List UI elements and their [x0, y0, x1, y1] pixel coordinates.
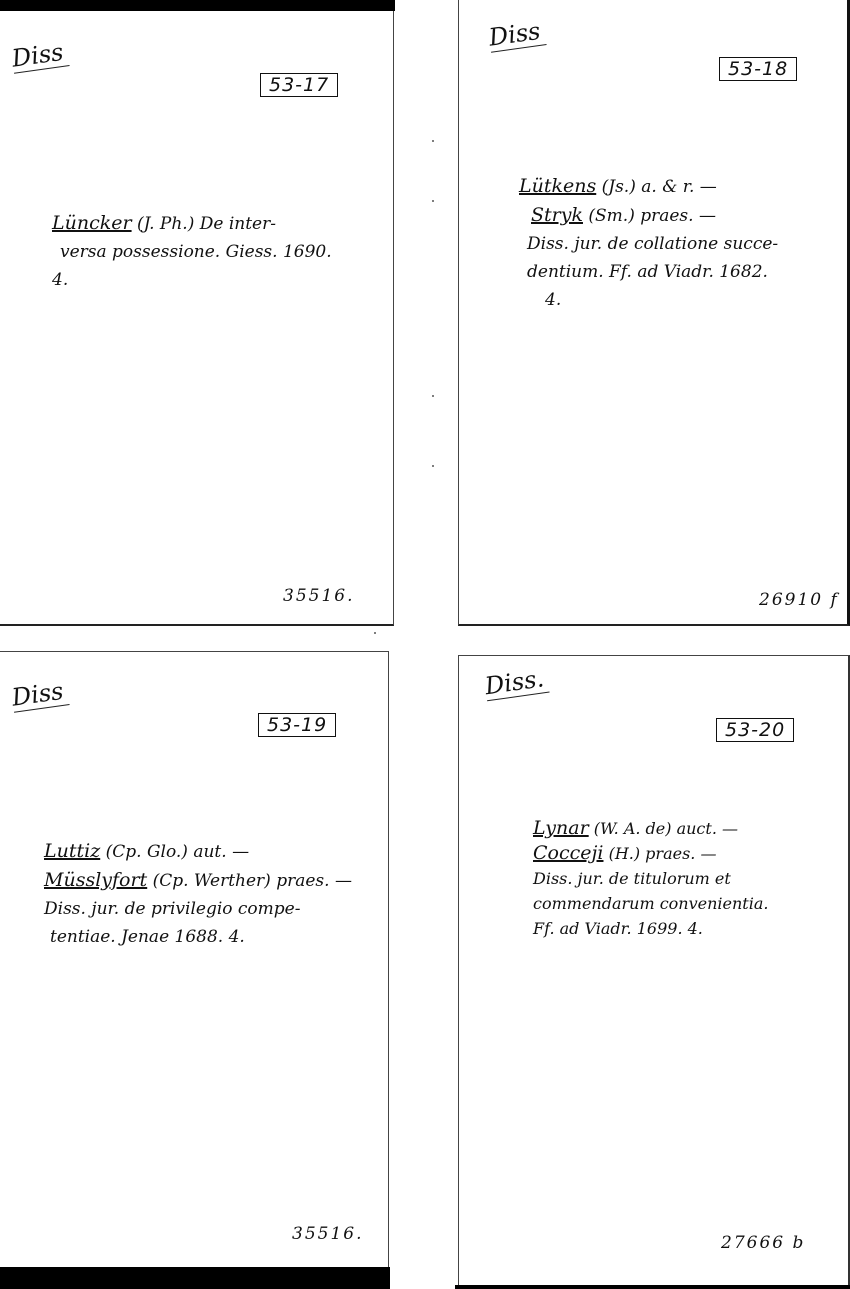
scan-speck	[432, 140, 434, 142]
entry-line: tentiae. Jenae 1688. 4.	[44, 923, 352, 951]
scan-speck	[432, 465, 434, 467]
praeses-name: Stryk	[531, 204, 583, 226]
accession-number: 26910 f	[759, 590, 839, 610]
entry-line: 4.	[519, 286, 778, 314]
author-name: Luttiz	[44, 840, 100, 862]
entry-line: versa possessione. Giess. 1690.	[52, 238, 332, 266]
accession-number: 35516.	[292, 1224, 363, 1244]
scan-speck	[374, 632, 376, 634]
entry-line: commendarum convenientia.	[533, 891, 768, 916]
author-name: Lütkens	[519, 175, 596, 197]
call-number: 53-19	[258, 713, 336, 737]
praeses-name: Cocceji	[533, 842, 603, 864]
entry-line: dentium. Ff. ad Viadr. 1682.	[519, 258, 778, 286]
bibliographic-entry: Lynar (W. A. de) auct. — Cocceji (H.) pr…	[533, 816, 768, 941]
catalog-card-3: Diss 53-19 Luttiz (Cp. Glo.) aut. — Müss…	[0, 651, 389, 1267]
entry-line: Diss. jur. de collatione succe-	[519, 230, 778, 258]
entry-line: Diss. jur. de privilegio compe-	[44, 895, 352, 923]
accession-number: 35516.	[283, 586, 354, 606]
card-header-label: Diss	[10, 39, 69, 73]
entry-line: 4.	[52, 266, 332, 294]
praeses-name: Müsslyfort	[44, 869, 147, 891]
author-name: Lynar	[533, 817, 589, 839]
catalog-card-1: Diss 53-17 Lüncker (J. Ph.) De inter- ve…	[0, 11, 394, 626]
accession-number: 27666 b	[721, 1233, 805, 1253]
call-number: 53-17	[260, 73, 338, 97]
bibliographic-entry: Lütkens (Js.) a. & r. — Stryk (Sm.) prae…	[519, 172, 778, 314]
entry-line: Ff. ad Viadr. 1699. 4.	[533, 916, 768, 941]
card-header-label: Diss	[10, 678, 69, 712]
call-number: 53-18	[719, 57, 797, 81]
call-number: 53-20	[716, 718, 794, 742]
author-name: Lüncker	[52, 212, 132, 234]
scan-edge-bottom-right	[455, 1285, 850, 1289]
scan-edge-top	[0, 0, 395, 11]
catalog-card-4: Diss. 53-20 Lynar (W. A. de) auct. — Coc…	[458, 655, 850, 1285]
scan-edge-bottom	[0, 1267, 390, 1289]
entry-line: Diss. jur. de titulorum et	[533, 866, 768, 891]
card-header-label: Diss.	[483, 666, 549, 702]
scan-speck	[432, 395, 434, 397]
scan-speck	[432, 200, 434, 202]
bibliographic-entry: Lüncker (J. Ph.) De inter- versa possess…	[52, 209, 332, 294]
catalog-card-2: Diss 53-18 Lütkens (Js.) a. & r. — Stryk…	[458, 0, 850, 626]
bibliographic-entry: Luttiz (Cp. Glo.) aut. — Müsslyfort (Cp.…	[44, 837, 352, 951]
card-header-label: Diss	[487, 18, 546, 52]
